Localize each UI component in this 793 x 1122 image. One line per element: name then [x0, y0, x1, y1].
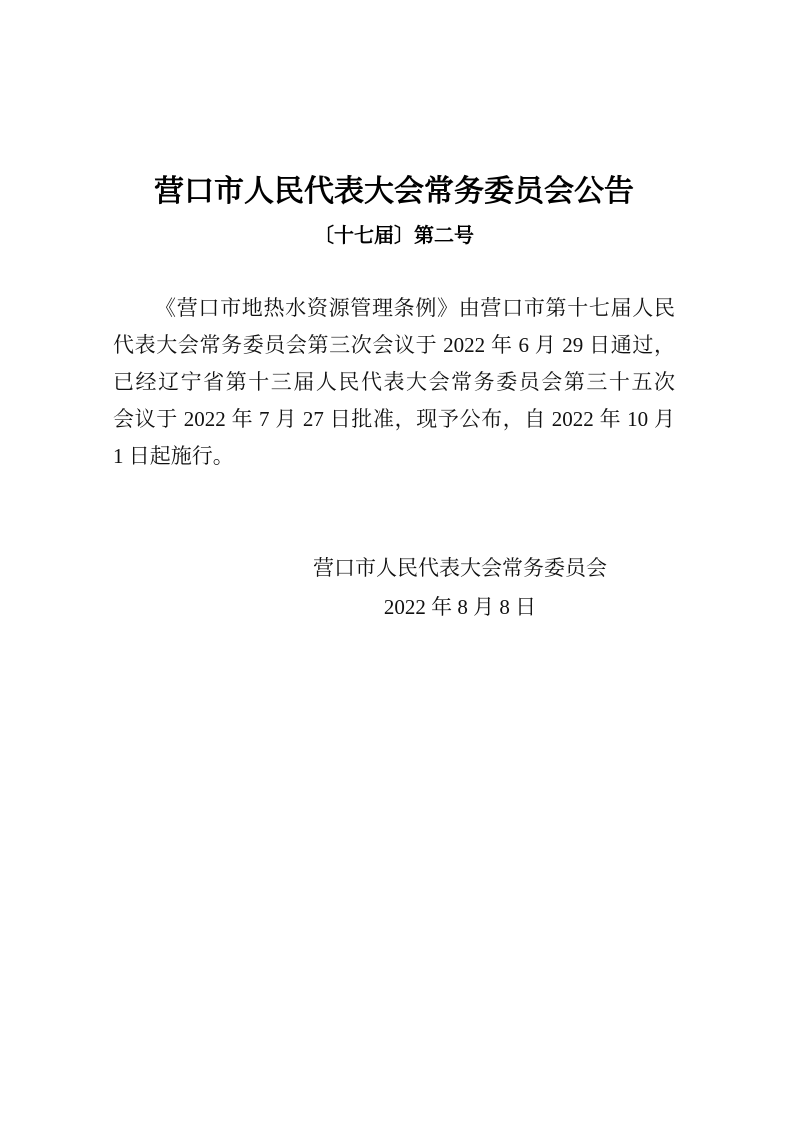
body-line-4: 会议于 2022 年 7 月 27 日批准，现予公布，自 2022 年 10 月: [113, 401, 675, 438]
body-line-1: 《营口市地热水资源管理条例》由营口市第十七届人民: [113, 290, 675, 327]
body-line-2: 代表大会常务委员会第三次会议于 2022 年 6 月 29 日通过，: [113, 327, 675, 364]
signature-block: 营口市人民代表大会常务委员会 2022 年 8 月 8 日: [245, 549, 675, 627]
signature-organization: 营口市人民代表大会常务委员会: [245, 549, 675, 588]
document-number: 〔十七届〕第二号: [113, 222, 675, 250]
body-line-3: 已经辽宁省第十三届人民代表大会常务委员会第三十五次: [113, 364, 675, 401]
body-line-5: 1 日起施行。: [113, 438, 675, 475]
signature-date: 2022 年 8 月 8 日: [245, 588, 675, 627]
document-title: 营口市人民代表大会常务委员会公告: [113, 0, 675, 208]
document-body: 《营口市地热水资源管理条例》由营口市第十七届人民 代表大会常务委员会第三次会议于…: [113, 290, 675, 475]
document-content: 营口市人民代表大会常务委员会公告 〔十七届〕第二号 《营口市地热水资源管理条例》…: [0, 0, 793, 627]
document-page: 营口市人民代表大会常务委员会公告 〔十七届〕第二号 《营口市地热水资源管理条例》…: [0, 0, 793, 1122]
